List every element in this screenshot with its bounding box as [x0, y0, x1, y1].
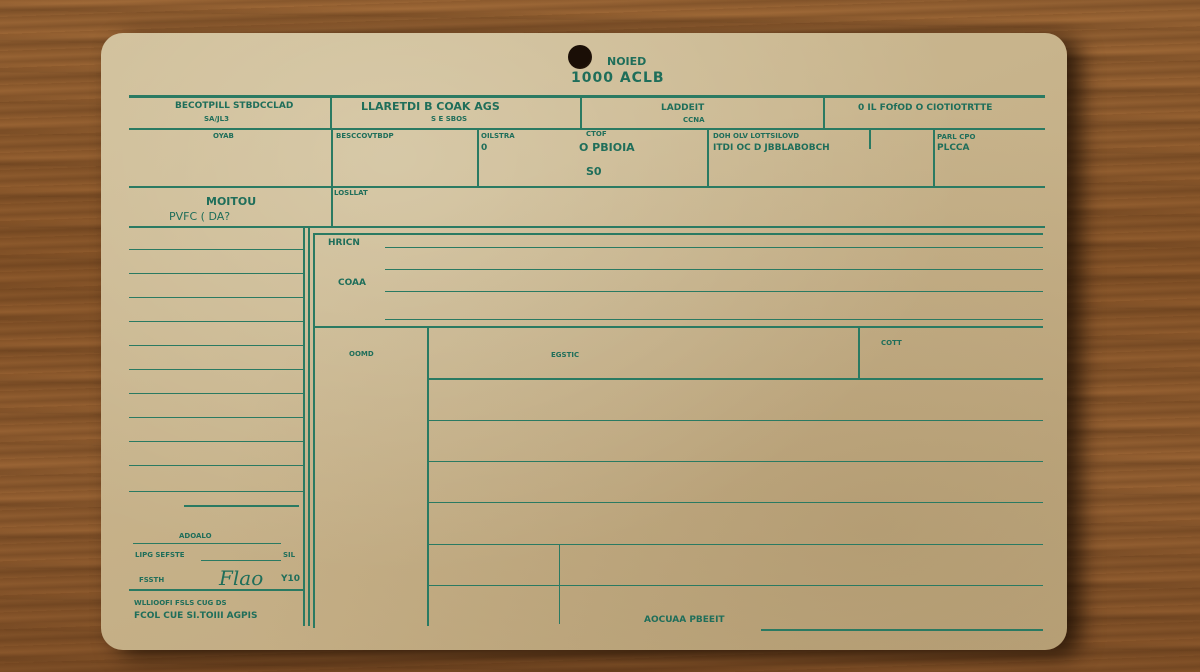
- second-field-1-label: OYAB: [213, 132, 234, 140]
- third-left-label: MOITOU: [206, 195, 256, 208]
- rule: [331, 187, 333, 227]
- top-field-2-label: LLARETDI B COAK AGS: [361, 100, 500, 113]
- second-field-4-value: O PBIOIA: [579, 141, 635, 154]
- bottom-left-line5: FCOL CUE SI.TOIII AGPIS: [134, 611, 257, 621]
- rule: [933, 129, 935, 187]
- rule: [858, 326, 860, 378]
- punch-hole: [568, 45, 592, 69]
- name-field-1b-line[interactable]: [385, 269, 1043, 270]
- rule: [129, 95, 1045, 98]
- rule: [869, 129, 871, 149]
- second-field-5-value: ITDI OC D JBBLABOBCH: [713, 143, 830, 153]
- rule: [303, 226, 305, 626]
- rule: [427, 326, 429, 626]
- ledger-line: [129, 491, 303, 492]
- second-field-5-label: DOH OLV LOTTSILOVD: [713, 132, 799, 140]
- top-field-1-sub: SA/JL3: [204, 115, 229, 123]
- bottom-left-line1: ADOALO: [179, 532, 212, 540]
- bottom-left-line3-label: FSSTH: [139, 576, 164, 584]
- ledger-line: [184, 505, 299, 507]
- name-field-1-label: HRICN: [328, 238, 360, 248]
- ledger-line: [129, 441, 303, 442]
- table-col1-header: OOMD: [349, 350, 374, 358]
- rule: [129, 186, 1045, 188]
- ledger-line: [129, 393, 303, 394]
- table-row-line: [429, 420, 1043, 421]
- ledger-line: [129, 465, 303, 466]
- ledger-line: [129, 321, 303, 322]
- second-field-4-value2: S0: [586, 165, 602, 178]
- name-field-2-line[interactable]: [385, 291, 1043, 292]
- bottom-left-line2-label: LIPG SEFSTE: [135, 551, 185, 559]
- rule: [823, 95, 825, 129]
- top-field-2-sub: S E SBOS: [431, 115, 467, 123]
- rule: [477, 129, 479, 187]
- top-field-4-label: 0 IL FOfOD O CIOTIOTRTTE: [858, 103, 992, 113]
- rule: [308, 226, 310, 626]
- second-field-6-value: PLCCA: [937, 143, 970, 153]
- bottom-left-line2-field: [201, 560, 281, 561]
- table-col3-header: COTT: [881, 339, 902, 347]
- second-field-6-label: PARL CPO: [937, 133, 975, 141]
- rule: [313, 326, 1043, 328]
- rule: [133, 543, 281, 544]
- top-field-3-sub: CCNA: [683, 116, 705, 124]
- bottom-left-line3-value: Y10: [281, 574, 300, 584]
- table-row-line: [429, 585, 1043, 586]
- rule: [330, 95, 332, 129]
- rule: [331, 129, 333, 187]
- rule: [707, 129, 709, 187]
- ledger-line: [129, 345, 303, 346]
- rule: [313, 233, 1043, 235]
- table-row-line: [429, 502, 1043, 503]
- ledger-line: [129, 273, 303, 274]
- ledger-line: [129, 417, 303, 418]
- bottom-left-line4: WLLIOOFI FSLS CUG DS: [134, 599, 227, 607]
- table-col2-header: EGSTIC: [551, 351, 579, 359]
- ledger-line: [129, 297, 303, 298]
- rule: [559, 544, 560, 624]
- third-left-sub: PVFC ( DA?: [169, 210, 230, 223]
- signature-line[interactable]: [761, 629, 1043, 631]
- name-field-2-label: COAA: [338, 278, 366, 288]
- top-field-3-label: LADDEIT: [661, 103, 704, 113]
- ledger-line: [129, 369, 303, 370]
- signature-label: AOCUAA PBEEIT: [644, 615, 725, 625]
- rule: [313, 233, 315, 628]
- top-field-1-label: BECOTPILL STBDCCLAD: [175, 101, 293, 111]
- rule: [129, 226, 1045, 228]
- rule: [580, 95, 582, 129]
- table-row-line: [429, 378, 1043, 380]
- table-row-line: [429, 544, 1043, 545]
- ledger-line: [129, 249, 303, 250]
- table-row-line: [429, 461, 1043, 462]
- header-line1: NOIED: [607, 55, 646, 68]
- handwritten-entry: Flao: [219, 566, 263, 590]
- second-field-2-label: BESCCOVTBDP: [336, 132, 394, 140]
- second-field-4-label: CTOF: [586, 130, 607, 138]
- rule: [129, 589, 305, 591]
- name-field-2b-line[interactable]: [385, 319, 1043, 320]
- name-field-1-line[interactable]: [385, 247, 1043, 248]
- header-line2: 1000 ACLB: [571, 70, 665, 86]
- bottom-left-line2-value: SIL: [283, 551, 295, 559]
- second-field-3-value: 0: [481, 143, 487, 153]
- third-right-label: LOSLLAT: [334, 189, 368, 197]
- form-card: NOIED 1000 ACLB BECOTPILL STBDCCLAD SA/J…: [101, 33, 1067, 650]
- second-field-3-label: OILSTRA: [481, 132, 515, 140]
